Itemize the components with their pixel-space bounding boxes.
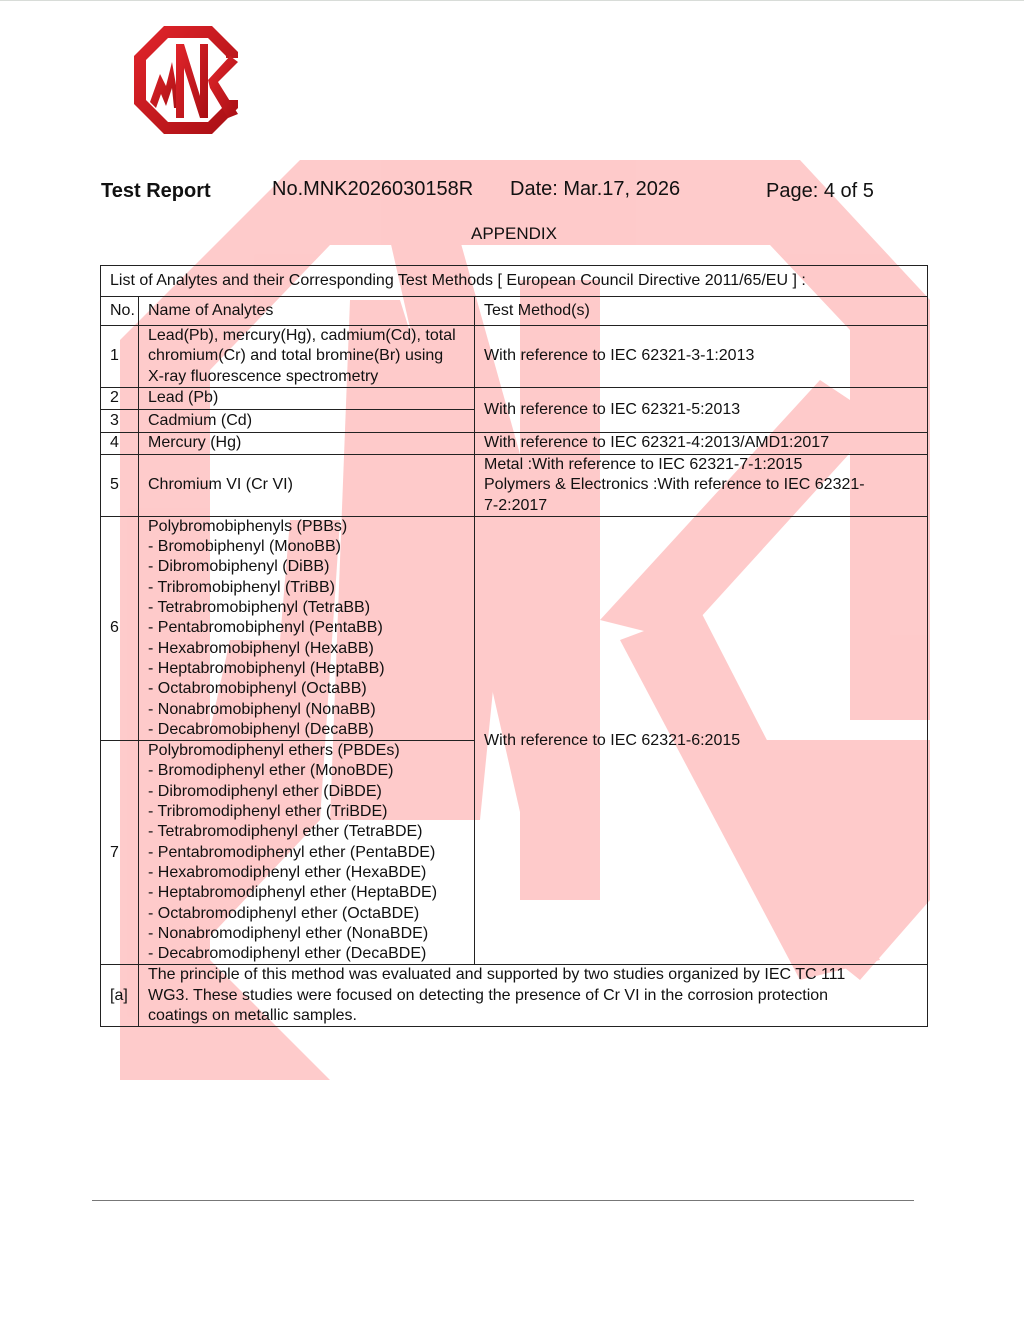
test-method: With reference to IEC 62321-6:2015 <box>475 516 928 965</box>
note-marker: [a] <box>101 965 139 1027</box>
analyte-line: - Hexabromodiphenyl ether (HexaBDE) <box>148 863 474 883</box>
analyte-line: - Octabromobiphenyl (OctaBB) <box>148 679 474 699</box>
table-caption: List of Analytes and their Corresponding… <box>101 266 928 297</box>
row-number: 7 <box>101 741 139 965</box>
note-text: The principle of this method was evaluat… <box>139 965 928 1027</box>
analyte-line: - Bromodiphenyl ether (MonoBDE) <box>148 761 474 781</box>
method-line: Polymers & Electronics :With reference t… <box>484 475 927 495</box>
analyte-line: - Dibromodiphenyl ether (DiBDE) <box>148 782 474 802</box>
analyte-line: Polybromobiphenyls (PBBs) <box>148 517 474 537</box>
mnk-octagon-logo-icon <box>130 22 246 138</box>
analyte-name: Polybromobiphenyls (PBBs)- Bromobiphenyl… <box>139 516 475 740</box>
analyte-line: chromium(Cr) and total bromine(Br) using <box>148 346 474 366</box>
analyte-line: - Tetrabromobiphenyl (TetraBB) <box>148 598 474 618</box>
analyte-line: - Tribromobiphenyl (TriBB) <box>148 578 474 598</box>
test-method: With reference to IEC 62321-3-1:2013 <box>475 326 928 388</box>
report-title: Test Report <box>101 180 211 203</box>
table-note-row: [a] The principle of this method was eva… <box>101 965 928 1027</box>
column-header-name: Name of Analytes <box>139 297 475 326</box>
table-row: 5 Chromium VI (Cr VI) Metal :With refere… <box>101 455 928 517</box>
row-number: 4 <box>101 433 139 455</box>
analyte-line: - Heptabromobiphenyl (HeptaBB) <box>148 659 474 679</box>
analyte-name: Lead (Pb) <box>139 388 475 410</box>
analyte-line: - Tetrabromodiphenyl ether (TetraBDE) <box>148 822 474 842</box>
test-method: With reference to IEC 62321-5:2013 <box>475 388 928 433</box>
analyte-line: - Heptabromodiphenyl ether (HeptaBDE) <box>148 883 474 903</box>
analyte-line: - Bromobiphenyl (MonoBB) <box>148 537 474 557</box>
analyte-line: - Nonabromodiphenyl ether (NonaBDE) <box>148 924 474 944</box>
top-border-line <box>0 0 1024 1</box>
analyte-line: - Decabromobiphenyl (DecaBB) <box>148 720 474 740</box>
note-line: The principle of this method was evaluat… <box>148 965 927 985</box>
analyte-line: - Decabromodiphenyl ether (DecaBDE) <box>148 944 474 964</box>
analyte-line: - Pentabromodiphenyl ether (PentaBDE) <box>148 843 474 863</box>
table-row: 6 Polybromobiphenyls (PBBs)- Bromobiphen… <box>101 516 928 740</box>
test-method: Metal :With reference to IEC 62321-7-1:2… <box>475 455 928 517</box>
table-row: 1 Lead(Pb), mercury(Hg), cadmium(Cd), to… <box>101 326 928 388</box>
note-line: WG3. These studies were focused on detec… <box>148 986 927 1006</box>
table-row: 2 Lead (Pb) With reference to IEC 62321-… <box>101 388 928 410</box>
row-number: 3 <box>101 410 139 433</box>
analyte-line: Lead(Pb), mercury(Hg), cadmium(Cd), tota… <box>148 326 474 346</box>
analyte-name: Cadmium (Cd) <box>139 410 475 433</box>
row-number: 2 <box>101 388 139 410</box>
table-header-row: No. Name of Analytes Test Method(s) <box>101 297 928 326</box>
method-line: Metal :With reference to IEC 62321-7-1:2… <box>484 455 927 475</box>
analyte-name: Chromium VI (Cr VI) <box>139 455 475 517</box>
page-indicator: Page: 4 of 5 <box>766 180 874 203</box>
report-date: Date: Mar.17, 2026 <box>510 178 680 201</box>
analyte-line: - Dibromobiphenyl (DiBB) <box>148 557 474 577</box>
analyte-line: Polybromodiphenyl ethers (PBDEs) <box>148 741 474 761</box>
analyte-line: - Pentabromobiphenyl (PentaBB) <box>148 618 474 638</box>
analyte-name: Mercury (Hg) <box>139 433 475 455</box>
row-number: 1 <box>101 326 139 388</box>
column-header-method: Test Method(s) <box>475 297 928 326</box>
analyte-name: Lead(Pb), mercury(Hg), cadmium(Cd), tota… <box>139 326 475 388</box>
report-number: No.MNK2026030158R <box>272 178 473 201</box>
footer-divider <box>92 1200 914 1201</box>
row-number: 5 <box>101 455 139 517</box>
table-row: 4 Mercury (Hg) With reference to IEC 623… <box>101 433 928 455</box>
column-header-no: No. <box>101 297 139 326</box>
analyte-line: X-ray fluorescence spectrometry <box>148 367 474 387</box>
analyte-name: Polybromodiphenyl ethers (PBDEs)- Bromod… <box>139 741 475 965</box>
analyte-line: - Nonabromobiphenyl (NonaBB) <box>148 700 474 720</box>
table-caption-row: List of Analytes and their Corresponding… <box>101 266 928 297</box>
analytes-table: List of Analytes and their Corresponding… <box>100 265 928 1027</box>
report-header: Test Report No.MNK2026030158R Date: Mar.… <box>0 178 1024 208</box>
analyte-line: - Tribromodiphenyl ether (TriBDE) <box>148 802 474 822</box>
note-line: coatings on metallic samples. <box>148 1006 927 1026</box>
appendix-title: APPENDIX <box>0 224 1024 244</box>
analyte-line: - Hexabromobiphenyl (HexaBB) <box>148 639 474 659</box>
analyte-line: - Octabromodiphenyl ether (OctaBDE) <box>148 904 474 924</box>
row-number: 6 <box>101 516 139 740</box>
test-method: With reference to IEC 62321-4:2013/AMD1:… <box>475 433 928 455</box>
method-line: 7-2:2017 <box>484 496 927 516</box>
